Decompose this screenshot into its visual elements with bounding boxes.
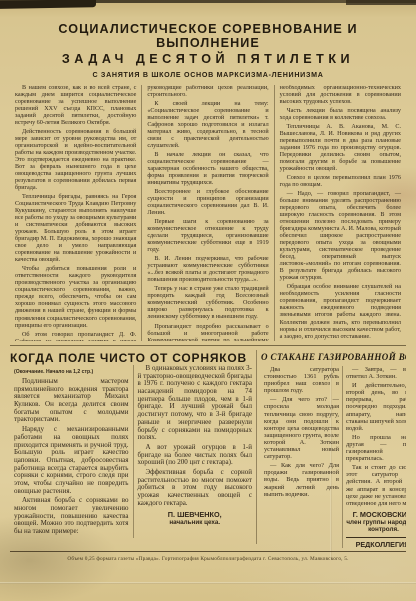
editorial-board-block: РЕДКОЛЛЕГИЯ.: [346, 537, 406, 548]
paragraph: Пропагандист подробно рассказывает о бол…: [147, 324, 268, 342]
paragraph: Действенность соревнования в большой мер…: [15, 129, 136, 192]
paragraph: Но прошла неделя, другая — подача газиро…: [346, 434, 406, 462]
paragraph: необходимых организационно-технических у…: [280, 85, 401, 106]
lead-headline-line2: ЗАДАЧ ДЕСЯТОЙ ПЯТИЛЕТКИ: [10, 52, 406, 66]
paragraph: К своей лекции на тему: «Социалистическо…: [147, 101, 268, 150]
weeds-column-2: В одинаковых условиях на полях 3-й тракт…: [133, 365, 257, 538]
weeds-column-2-text: В одинаковых условиях на полях 3-й тракт…: [138, 365, 253, 507]
weeds-article: КОГДА ПОЛЕ ЧИСТО ОТ СОРНЯКОВ (Окончание.…: [10, 346, 256, 548]
paragraph: Активная борьба с сорняками во многом по…: [14, 497, 129, 535]
paper-crease: [0, 582, 416, 584]
soda-column-2-text: — Завтра, — весело ответил А. Зоткин.И д…: [346, 366, 406, 507]
editorial-board-label: РЕДКОЛЛЕГИЯ.: [346, 540, 406, 548]
weeds-signature-name: П. ШЕВЧЕНКО,: [138, 510, 253, 519]
paragraph: Всестороннее и глубокое обоснование сущн…: [147, 189, 268, 217]
footer-divider: [10, 551, 406, 552]
paragraph: В начале лекции он сказал, что социалист…: [147, 152, 268, 187]
paragraph: Так и стоит до сих пор этот сатуратор бе…: [346, 464, 406, 507]
lead-article: СОЦИАЛИСТИЧЕСКОЕ СОРЕВНОВАНИЕ И ВЫПОЛНЕН…: [10, 22, 406, 341]
paragraph: Об этом говорил пропагандист Д. Ф. Сафро…: [15, 332, 136, 341]
soda-signature-name: Г. МОСКОВСКИЙ,: [346, 510, 406, 519]
paragraph: — Для чего это? — спросила молодая тепли…: [264, 396, 339, 460]
lead-column-3: необходимых организационно-технических у…: [274, 85, 406, 341]
lead-column-2: руководящие работники цехов реализации, …: [141, 85, 273, 341]
paragraph: Часть лекции была посвящена анализу хода…: [280, 108, 401, 122]
lead-headline-line1: СОЦИАЛИСТИЧЕСКОЕ СОРЕВНОВАНИЕ И ВЫПОЛНЕН…: [10, 22, 406, 50]
bottom-section: КОГДА ПОЛЕ ЧИСТО ОТ СОРНЯКОВ (Окончание.…: [10, 346, 406, 548]
weeds-columns: (Окончание. Начало на 1,2 стр.) Подлинны…: [10, 365, 256, 538]
paragraph: А вот урожай огурцов в 1-й бригаде на бо…: [138, 444, 253, 467]
lead-columns: В нашем совхозе, как и во всей стране, с…: [10, 85, 406, 341]
soda-columns: Два сатуратора стоимостью 1361 рубль при…: [261, 366, 406, 548]
paragraph: — Как для чего? Для продажи газированной…: [264, 462, 339, 497]
paragraph: Совхоз в целом перевыполнил план 1976 го…: [280, 175, 401, 189]
soda-signature-title: член группы народного контроля.: [346, 519, 406, 533]
lead-column-1: В нашем совхозе, как и во всей стране, с…: [10, 85, 141, 341]
paragraph: Два сатуратора стоимостью 1361 рубль при…: [264, 366, 339, 394]
paragraph: — Завтра, — весело ответил А. Зоткин.: [346, 366, 406, 380]
weeds-column-1-text: Подлинным мастером прямолинейного вожден…: [14, 378, 129, 536]
weeds-signature-title: начальник цеха.: [138, 519, 253, 526]
continuation-note: (Окончание. Начало на 1,2 стр.): [14, 369, 129, 375]
soda-headline: О СТАКАНЕ ГАЗИРОВАННОЙ ВОДЫ: [261, 352, 406, 362]
paragraph: И действительно, на второй день, во врем…: [346, 382, 406, 432]
paragraph: Эффективная борьба с сорной растительнос…: [138, 469, 253, 507]
imprint-footer: Объем 0,25 формата газеты «Правда». Горт…: [10, 556, 406, 562]
newspaper-page: СОЦИАЛИСТИЧЕСКОЕ СОРЕВНОВАНИЕ И ВЫПОЛНЕН…: [0, 0, 416, 601]
paragraph: Чтобы добиться повышения роли и ответств…: [15, 266, 136, 329]
lead-subtitle: С ЗАНЯТИЯ В ШКОЛЕ ОСНОВ МАРКСИЗМА-ЛЕНИНИ…: [10, 71, 406, 79]
paragraph: Подлинным мастером прямолинейного вожден…: [14, 378, 129, 424]
paragraph: — Надо, — говорил пропагандист, — больше…: [280, 191, 401, 282]
soda-column-2: — Завтра, — весело ответил А. Зоткин.И д…: [342, 366, 406, 548]
soda-article: О СТАКАНЕ ГАЗИРОВАННОЙ ВОДЫ Два сатурато…: [257, 346, 406, 548]
soda-column-1: Два сатуратора стоимостью 1361 рубль при…: [261, 366, 342, 548]
paragraph: В. И. Ленин подчеркивал, что рабочие уст…: [147, 256, 268, 284]
paragraph: Обращая особое внимание слушателей на не…: [280, 284, 401, 340]
paragraph: Тепличницы А. В. Аканова, М. С. Вышеслав…: [280, 124, 401, 173]
paragraph: Наряду с механизированными работами на о…: [14, 426, 129, 495]
weeds-column-1: (Окончание. Начало на 1,2 стр.) Подлинны…: [10, 365, 133, 538]
soda-column-1-text: Два сатуратора стоимостью 1361 рубль при…: [264, 366, 339, 498]
paragraph: В одинаковых условиях на полях 3-й тракт…: [138, 365, 253, 442]
paragraph: Тепличницы бригады, равняясь на Героя Со…: [15, 194, 136, 264]
paragraph: Теперь у нас в стране уже стало традицие…: [147, 286, 268, 321]
paragraph: В нашем совхозе, как и во всей стране, с…: [15, 85, 136, 127]
weeds-headline: КОГДА ПОЛЕ ЧИСТО ОТ СОРНЯКОВ: [10, 351, 256, 365]
paragraph: руководящие работники цехов реализации, …: [147, 85, 268, 99]
paragraph: Первые шаги к соревнованию за коммунисти…: [147, 219, 268, 254]
